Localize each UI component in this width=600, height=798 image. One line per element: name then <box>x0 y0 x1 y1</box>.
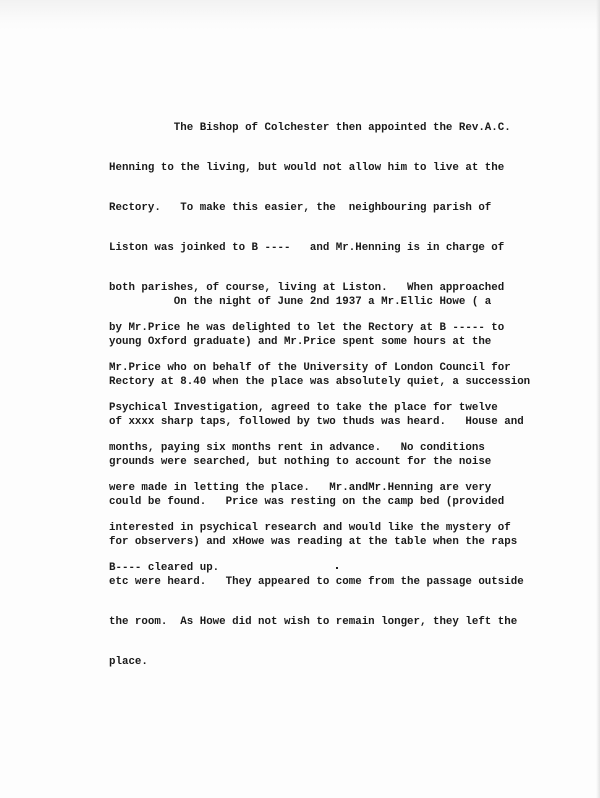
text-line: Rectory at 8.40 when the place was absol… <box>109 376 530 389</box>
paragraph-june-night-account: On the night of June 2nd 1937 a Mr.Ellic… <box>109 269 530 696</box>
text-line: Henning to the living, but would not all… <box>109 162 511 175</box>
text-line: young Oxford graduate) and Mr.Price spen… <box>109 336 530 349</box>
paper-right-edge <box>596 0 600 798</box>
text-line: etc were heard. They appeared to come fr… <box>109 576 530 589</box>
typewritten-page: The Bishop of Colchester then appointed … <box>0 0 600 798</box>
text-line: On the night of June 2nd 1937 a Mr.Ellic… <box>109 296 530 309</box>
page-mark-dot <box>336 567 338 569</box>
text-line: the room. As Howe did not wish to remain… <box>109 616 530 629</box>
text-line: The Bishop of Colchester then appointed … <box>109 122 511 135</box>
text-line: Liston was joinked to B ---- and Mr.Henn… <box>109 242 511 255</box>
paper-edge-shadow <box>0 0 600 30</box>
text-line: grounds were searched, but nothing to ac… <box>109 456 530 469</box>
text-line: of xxxx sharp taps, followed by two thud… <box>109 416 530 429</box>
text-line: for observers) and xHowe was reading at … <box>109 536 530 549</box>
text-line: Rectory. To make this easier, the neighb… <box>109 202 511 215</box>
text-line: could be found. Price was resting on the… <box>109 496 530 509</box>
text-line: place. <box>109 656 530 669</box>
